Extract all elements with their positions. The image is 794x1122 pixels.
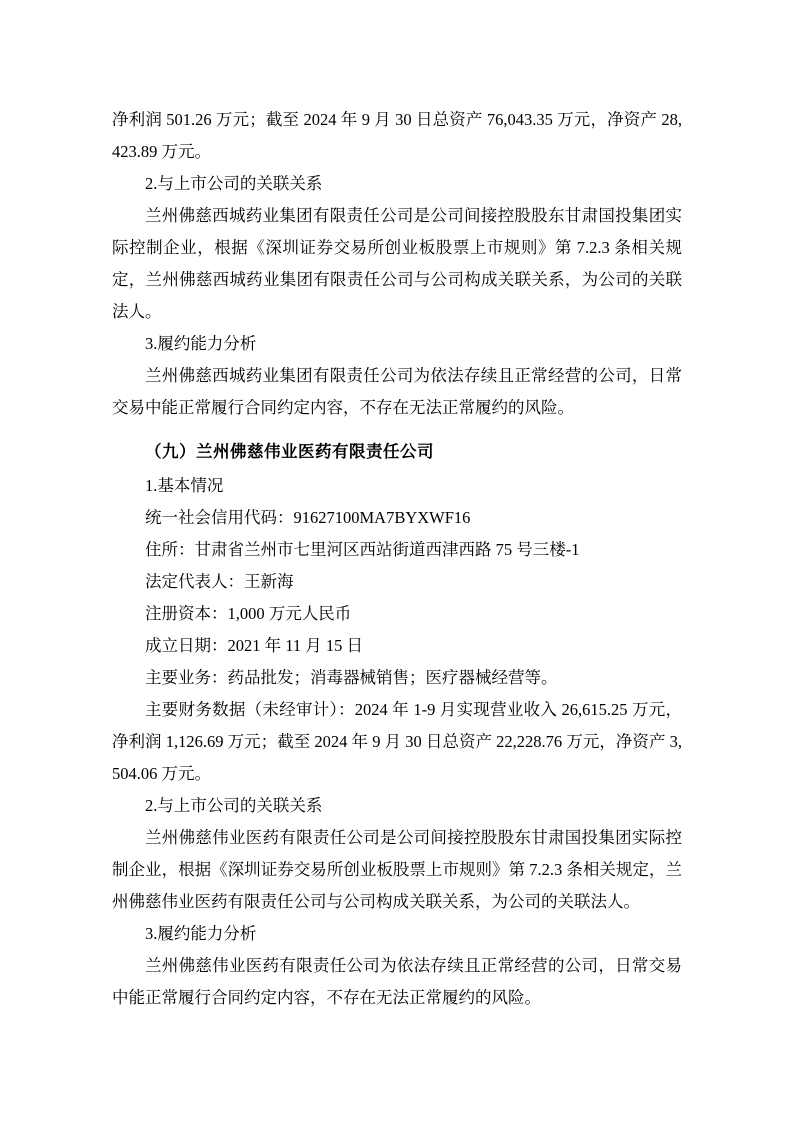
paragraph: 主要业务：药品批发；消毒器械销售；医疗器械经营等。 [112,662,682,694]
paragraph: 统一社会信用代码：91627100MA7BYXWF16 [112,502,682,534]
paragraph: 注册资本：1,000 万元人民币 [112,598,682,630]
paragraph: 成立日期：2021 年 11 月 15 日 [112,630,682,662]
paragraph: 住所：甘肃省兰州市七里河区西站街道西津西路 75 号三楼-1 [112,534,682,566]
numbered-subheading: 3.履约能力分析 [112,328,682,360]
numbered-subheading: 3.履约能力分析 [112,918,682,950]
paragraph: 主要财务数据（未经审计）：2024 年 1-9 月实现营业收入 26,615.2… [112,694,682,790]
section-heading: （九）兰州佛慈伟业医药有限责任公司 [112,436,682,468]
paragraph: 兰州佛慈西城药业集团有限责任公司为依法存续且正常经营的公司，日常交易中能正常履行… [112,360,682,424]
paragraph: 兰州佛慈西城药业集团有限责任公司是公司间接控股股东甘肃国投集团实际控制企业，根据… [112,200,682,328]
paragraph: 法定代表人：王新海 [112,566,682,598]
numbered-subheading: 1.基本情况 [112,470,682,502]
numbered-subheading: 2.与上市公司的关联关系 [112,790,682,822]
document-page: 净利润 501.26 万元；截至 2024 年 9 月 30 日总资产 76,0… [0,0,794,1122]
paragraph: 兰州佛慈伟业医药有限责任公司为依法存续且正常经营的公司，日常交易中能正常履行合同… [112,950,682,1014]
paragraph: 兰州佛慈伟业医药有限责任公司是公司间接控股股东甘肃国投集团实际控制企业，根据《深… [112,822,682,918]
paragraph: 净利润 501.26 万元；截至 2024 年 9 月 30 日总资产 76,0… [112,104,682,168]
numbered-subheading: 2.与上市公司的关联关系 [112,168,682,200]
document-text-block: 净利润 501.26 万元；截至 2024 年 9 月 30 日总资产 76,0… [112,104,682,1014]
